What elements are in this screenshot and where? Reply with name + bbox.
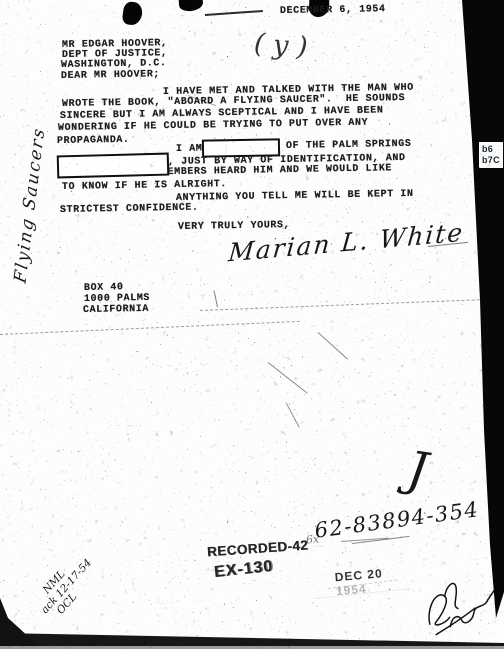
exemption-code: b6: [482, 144, 500, 155]
margin-note-flying-saucers: Flying Saucers: [6, 89, 54, 322]
scratch-mark: [214, 290, 219, 307]
recipient-line: DEAR MR HOOVER;: [61, 69, 160, 82]
body-line: STRICTEST CONFIDENCE.: [60, 203, 199, 216]
sender-line: CALIFORNIA: [83, 304, 149, 316]
scratch-mark: [268, 362, 308, 394]
ink-blot: [121, 1, 143, 26]
crease-line: [0, 321, 300, 335]
y-mark: ( y ): [253, 28, 309, 63]
scan-edge-right: [452, 0, 504, 649]
ink-blot: [179, 0, 204, 12]
body-line: OF THE PALM SPRINGS: [286, 139, 412, 152]
j-mark: J: [404, 441, 431, 499]
closing-line: VERY TRULY YOURS,: [178, 220, 290, 233]
scratch-mark: [205, 10, 263, 16]
exemption-code: b7C: [482, 155, 500, 166]
scratch-mark: [286, 402, 300, 427]
date-line: DECEMBER 6, 1954: [280, 4, 386, 17]
scanned-letter-page: DECEMBER 6, 1954 ( y ) MR EDGAR HOOVER, …: [0, 0, 504, 649]
redaction-box: [57, 153, 170, 179]
body-line: I AM: [176, 144, 203, 155]
body-line: ANYTHING YOU TELL ME WILL BE KEPT IN: [176, 189, 414, 204]
file-number: 62-83894-354: [313, 497, 481, 542]
bottom-left-note: NML ack 12-17-54 OCL: [30, 549, 103, 624]
sender-line: BOX 40: [84, 282, 124, 294]
body-line: TO KNOW IF HE IS ALRIGHT.: [62, 179, 227, 193]
recorded-stamp: RECORDED-42: [207, 537, 309, 559]
scratch-mark: [318, 332, 348, 360]
initials-scribble: [398, 570, 500, 640]
exemption-codes-label: b6 b7C: [479, 142, 503, 168]
redaction-box: [202, 138, 280, 157]
ex-stamp: EX-130: [213, 558, 274, 582]
body-line: PROPAGANDA.: [57, 135, 130, 147]
crease-line: [200, 298, 504, 311]
